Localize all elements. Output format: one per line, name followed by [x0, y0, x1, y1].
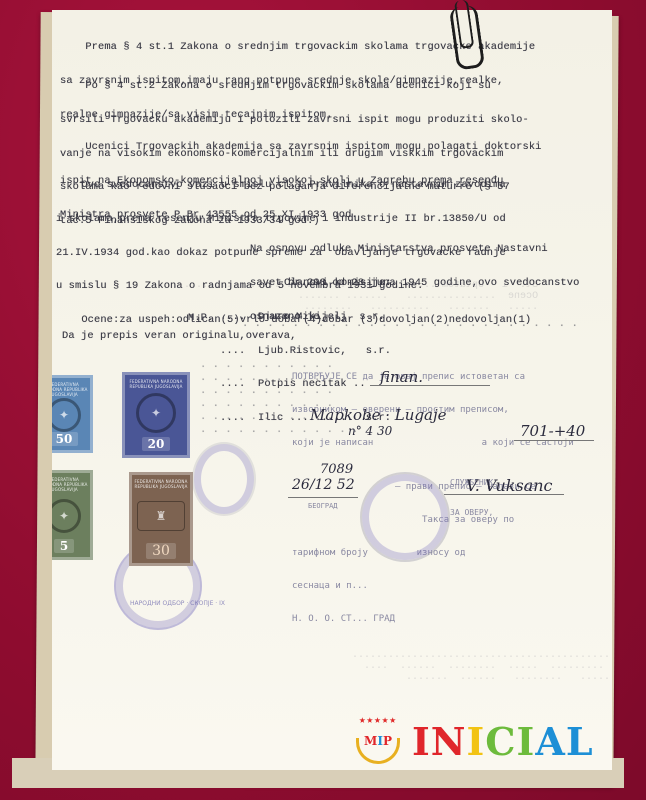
signature-line: [444, 494, 564, 495]
revenue-stamp-30: FEDERATIVNA NARODNA REPUBLIKA JUGOSLAVIJ…: [129, 472, 193, 566]
stamp-country: FEDERATIVNA NARODNA REPUBLIKA JUGOSLAVIJ…: [127, 379, 185, 389]
stars-icon: ★★★★★: [352, 716, 404, 727]
stamp-country: FEDERATIVNA NARODNA REPUBLIKA JUGOSLAVIJ…: [134, 479, 188, 489]
text-line: Ucenici Trgovackih akademija sa zavrsnim…: [60, 142, 542, 153]
commission-heading: Clanovi komisije:: [220, 278, 392, 289]
yugoslav-emblem-icon: ✦: [47, 499, 81, 533]
handwritten-field: finan.: [380, 368, 423, 386]
faint-seal: [192, 442, 256, 516]
dotted-signature-line: . . . . . . . . . . . . . . . . . . . . …: [242, 319, 578, 330]
handwritten-reg-no: 7089: [320, 462, 353, 477]
fortress-illustration-icon: ♜: [137, 501, 185, 531]
underline: [288, 497, 358, 498]
document-page: Sl. 1 Uplatom ..........................…: [52, 10, 612, 770]
yugoslav-emblem-icon: ✦: [136, 393, 176, 433]
mip-badge: ★★★★★ MIP: [352, 716, 404, 768]
dotted-fill-lines: . . . . . . . . . . . . . . . . . . . . …: [200, 359, 358, 437]
handwritten-field: Mapkobe · Lugaje: [310, 406, 447, 424]
stamp-value: 50: [50, 432, 79, 446]
text-line: Na osnovu odluke Ministarstva prosvete N…: [250, 244, 579, 255]
reverse-bleed-text: ........................................…: [352, 650, 622, 683]
text-line: Ovo svedocanstvo vazi u smislu cl.1 Prav…: [56, 180, 531, 191]
clerk-title: СЛУЖБЕНИК ЗА ОВЕРУ,: [450, 458, 493, 538]
yugoslav-emblem-icon: ✦: [47, 398, 81, 432]
handwritten-amount: 701-+40: [520, 422, 585, 440]
seal-place-mark: M.P.: [188, 313, 213, 324]
handwritten-date: 26/12 52: [292, 477, 355, 493]
underline: [514, 440, 594, 441]
round-seal-right: [360, 472, 450, 562]
underline: [370, 385, 490, 386]
clerk-signature: V. Vuksanc: [466, 476, 552, 495]
handwritten-field: n° 4 30: [348, 424, 392, 438]
revenue-stamp-20d: FEDERATIVNA NARODNA REPUBLIKA JUGOSLAVIJ…: [122, 372, 190, 458]
watermark-logo: ★★★★★ MIP INICIAL: [352, 716, 594, 768]
certification-line: Da je prepis veran originalu,overava,: [62, 331, 296, 342]
brand-wordmark: INICIAL: [412, 720, 594, 764]
badge-text: MIP: [358, 734, 398, 748]
city-label: БЕОГРАД: [308, 501, 338, 512]
stamp-value: 5: [54, 539, 74, 553]
stamp-value: 20: [142, 437, 171, 451]
seal-text: НАРОДНИ ОДБОР · СКОПЈЕ · IX: [130, 600, 225, 607]
text-line: Po § 4 st.2 Zakona o srednjim trgovackim…: [60, 81, 529, 92]
stamp-value: 30: [146, 543, 176, 559]
